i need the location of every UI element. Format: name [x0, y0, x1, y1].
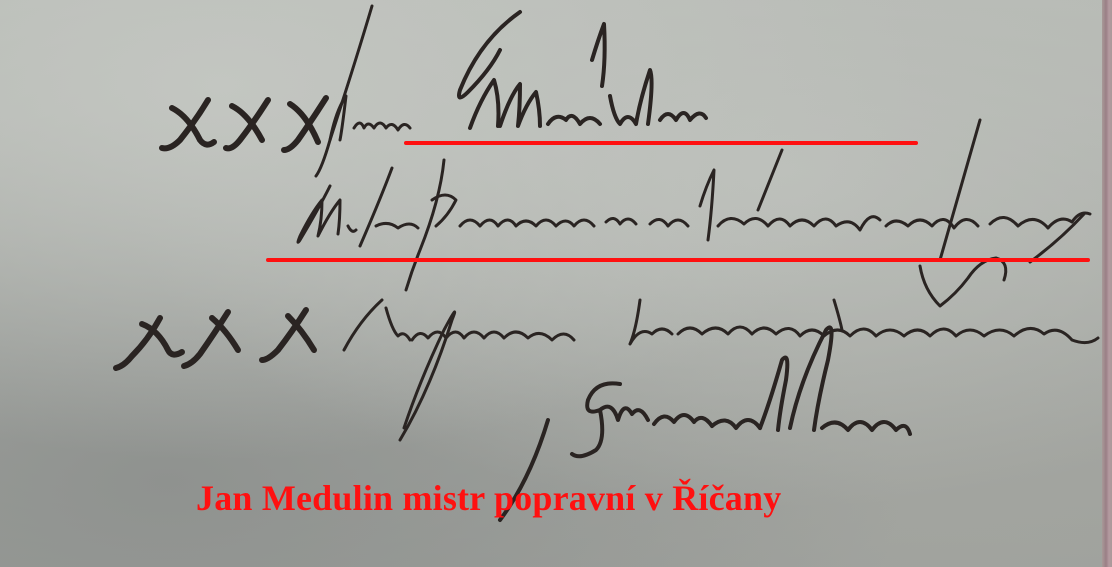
annotation-caption: Jan Medulin mistr popravní v Říčany — [196, 476, 781, 520]
word-medulin — [459, 12, 706, 128]
line3-text — [344, 258, 1098, 440]
cross-marks-line3 — [116, 310, 314, 368]
manuscript-photo: Jan Medulin mistr popravní v Říčany Jann… — [0, 0, 1112, 567]
page-edge — [1102, 0, 1112, 567]
cross-marks-line1 — [162, 98, 326, 150]
word-jann — [316, 6, 410, 176]
underline-name — [404, 141, 918, 145]
line2-text — [298, 120, 1090, 290]
underline-occupation — [266, 258, 1090, 262]
